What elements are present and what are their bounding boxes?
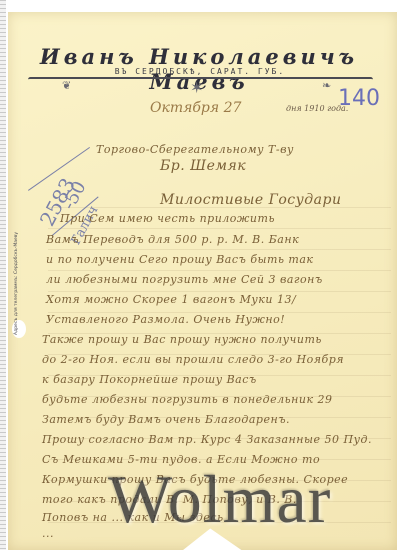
- body-line: Прошу согласно Вам пр. Курс 4 Заказанные…: [42, 433, 372, 446]
- body-line: ...: [42, 527, 54, 540]
- body-line: Затемъ буду Вамъ очень Благодаренъ.: [42, 413, 290, 426]
- body-line: будьте любезны погрузить в понедельник 2…: [42, 393, 333, 406]
- letterhead-place: ВЪ СЕРДОБСКѢ, САРАТ. ГУБ.: [90, 67, 310, 76]
- salutation: Милостивые Государи: [160, 192, 341, 208]
- body-line: Вамъ Переводъ для 500 р. р. М. В. Банк: [46, 233, 299, 246]
- ornament-icon: ❧: [322, 79, 331, 92]
- body-line: Также прошу и Вас прошу нужно получить: [42, 333, 322, 346]
- body-line: к базару Покорнейше прошу Васъ: [42, 373, 257, 386]
- side-print-telegraph-address: Адресъ для телеграммъ: Сердобскъ-Маеву: [14, 232, 19, 335]
- body-line: и по получени Сего прошу Васъ быть так: [46, 253, 313, 266]
- registry-number: 140: [338, 86, 380, 111]
- body-line: ли любезными погрузить мне Сей 3 вагонъ: [46, 273, 323, 286]
- ornament-icon: ❦: [62, 79, 71, 92]
- letter-date: Октября 27: [150, 100, 241, 116]
- addressee-line: Торгово-Сберегательному Т-ву: [96, 143, 294, 156]
- body-line: Хотя можно Скорее 1 вагонъ Муки 13/: [46, 293, 296, 306]
- body-line: до 2-го Ноя. если вы прошли следо 3-го Н…: [42, 353, 344, 366]
- star-ornament-icon: ✶: [190, 78, 203, 97]
- body-line: Уставленого Размола. Очень Нужно!: [46, 313, 285, 326]
- scale-ruler: [0, 0, 6, 550]
- watermark: Wolmar: [108, 460, 331, 539]
- addressee-line: Бр. Шемяк: [160, 158, 246, 174]
- body-line: При Сем имею честь приложить: [60, 212, 275, 225]
